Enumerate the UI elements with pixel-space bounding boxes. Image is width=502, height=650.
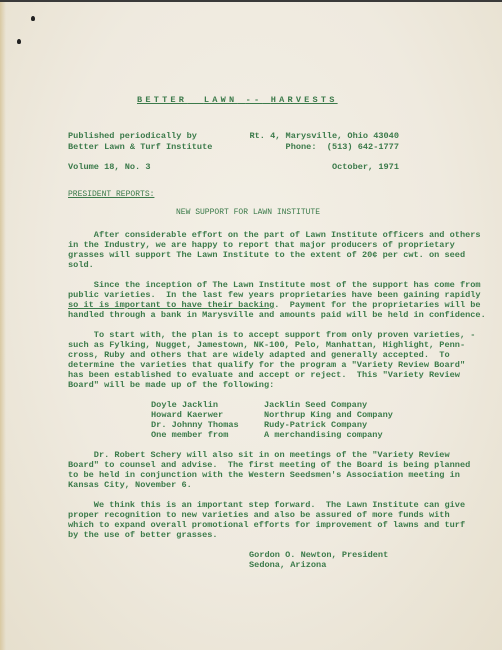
paragraph-line: Kansas City, November 6.	[68, 480, 192, 490]
board-member-name: Doyle Jacklin	[151, 400, 218, 410]
section-heading: PRESIDENT REPORTS:	[68, 190, 154, 200]
paragraph-line: To start with, the plan is to accept sup…	[68, 330, 475, 340]
paragraph-line: grasses will support The Lawn Institute …	[68, 250, 465, 260]
board-member-company: Jacklin Seed Company	[264, 400, 367, 410]
issue-date: October, 1971	[332, 162, 399, 172]
board-member-name: One member from	[151, 430, 228, 440]
paragraph-line: cross, Ruby and others that are widely a…	[68, 350, 450, 360]
board-member-company: Northrup King and Company	[264, 410, 393, 420]
title-word-better: BETTER	[137, 95, 187, 105]
newsletter-page: BETTER LAWN -- HARVESTS Published period…	[0, 0, 502, 650]
paragraph-line: Since the inception of The Lawn Institut…	[68, 280, 481, 290]
board-member-name: Dr. Johnny Thomas	[151, 420, 239, 430]
publisher-line-2: Better Lawn & Turf Institute	[68, 142, 212, 152]
title-word-harvests: HARVESTS	[271, 95, 338, 105]
board-member-company: A merchandising company	[264, 430, 383, 440]
paragraph-line: proper recognition to new varieties and …	[68, 510, 450, 520]
paragraph-line: so it is important to have their backing…	[68, 300, 481, 310]
underlined-emphasis: so it is important to have their backing	[68, 300, 274, 310]
paragraph-line: which to expand overall promotional effo…	[68, 520, 465, 530]
paragraph-line: by the use of better grasses.	[68, 530, 218, 540]
paragraph-line: After considerable effort on the part of…	[68, 230, 481, 240]
title-word-lawn: LAWN	[204, 95, 237, 105]
paragraph-line: handled through a bank in Marysville and…	[68, 310, 486, 320]
board-member-company: Rudy-Patrick Company	[264, 420, 367, 430]
punch-hole-mark	[17, 39, 21, 44]
phone: Phone: (513) 642-1777	[286, 142, 399, 152]
paragraph-line: Board" will be made up of the following:	[68, 380, 274, 390]
newsletter-title: BETTER LAWN -- HARVESTS	[137, 95, 338, 105]
paragraph-line: has been established to evaluate and acc…	[68, 370, 460, 380]
paragraph-line: such as Fylking, Nugget, Jamestown, NK-1…	[68, 340, 465, 350]
publisher-line-1: Published periodically by	[68, 131, 197, 141]
volume-issue: Volume 18, No. 3	[68, 162, 151, 172]
paragraph-line: public varieties. In the last few years …	[68, 290, 481, 300]
paragraph-line: in the Industry, we are happy to report …	[68, 240, 455, 250]
board-member-name: Howard Kaerwer	[151, 410, 223, 420]
signature-location: Sedona, Arizona	[249, 560, 326, 570]
signature-name: Gordon O. Newton, President	[249, 550, 388, 560]
paragraph-line: to be held in conjunction with the Weste…	[68, 470, 460, 480]
title-separator: --	[246, 95, 263, 105]
paragraph-line: determine the varieties that qualify for…	[68, 360, 465, 370]
paragraph-line: sold.	[68, 260, 94, 270]
address: Rt. 4, Marysville, Ohio 43040	[249, 131, 399, 141]
paragraph-line: We think this is an important step forwa…	[68, 500, 465, 510]
paragraph-line: Board" to counsel and advise. The first …	[68, 460, 470, 470]
punch-hole-mark	[31, 16, 35, 21]
paragraph-line: Dr. Robert Schery will also sit in on me…	[68, 450, 450, 460]
article-title: NEW SUPPORT FOR LAWN INSTITUTE	[176, 208, 320, 218]
